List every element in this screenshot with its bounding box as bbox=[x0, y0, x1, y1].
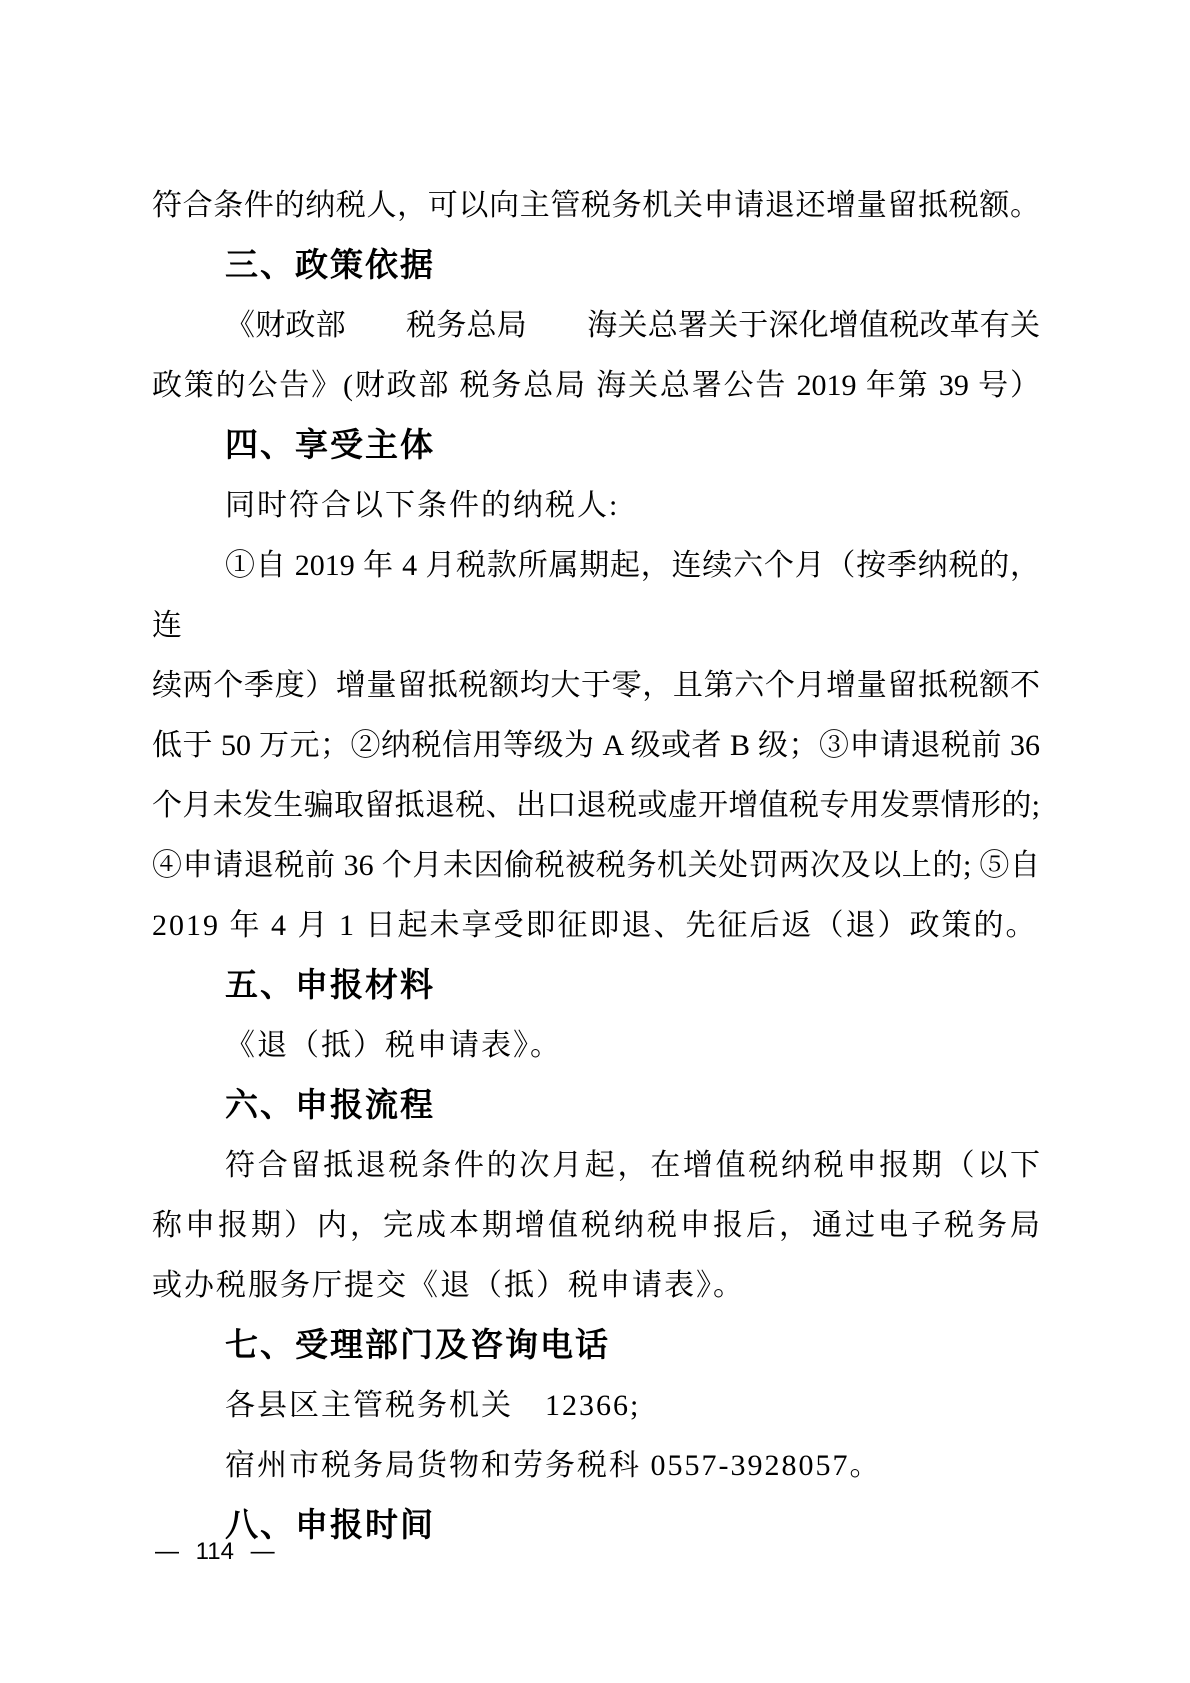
body-line: ①自 2019 年 4 月税款所属期起，连续六个月（按季纳税的，连 bbox=[152, 536, 1040, 656]
section-heading: 七、受理部门及咨询电话 bbox=[152, 1316, 1040, 1376]
body-line: 或办税服务厅提交《退（抵）税申请表》。 bbox=[152, 1256, 1040, 1316]
section-heading: 五、申报材料 bbox=[152, 956, 1040, 1016]
body-line: 符合条件的纳税人，可以向主管税务机关申请退还增量留抵税额。 bbox=[152, 176, 1040, 236]
body-line: 低于 50 万元；②纳税信用等级为 A 级或者 B 级；③申请退税前 36 bbox=[152, 716, 1040, 776]
body-line: 《退（抵）税申请表》。 bbox=[152, 1016, 1040, 1076]
body-line: 称申报期）内，完成本期增值税纳税申报后，通过电子税务局 bbox=[152, 1196, 1040, 1256]
section-heading: 八、申报时间 bbox=[152, 1496, 1040, 1556]
body-line: 续两个季度）增量留抵税额均大于零，且第六个月增量留抵税额不 bbox=[152, 656, 1040, 716]
body-line: 2019 年 4 月 1 日起未享受即征即退、先征后返（退）政策的。 bbox=[152, 896, 1040, 956]
body-line: ④申请退税前 36 个月未因偷税被税务机关处罚两次及以上的; ⑤自 bbox=[152, 836, 1040, 896]
document-page: 符合条件的纳税人，可以向主管税务机关申请退还增量留抵税额。 三、政策依据 《财政… bbox=[0, 0, 1190, 1683]
body-line: 各县区主管税务机关 12366; bbox=[152, 1376, 1040, 1436]
body-line: 宿州市税务局货物和劳务税科 0557-3928057。 bbox=[152, 1436, 1040, 1496]
section-heading: 四、享受主体 bbox=[152, 416, 1040, 476]
body-line: 《财政部 税务总局 海关总署关于深化增值税改革有关 bbox=[152, 296, 1040, 356]
section-heading: 三、政策依据 bbox=[152, 236, 1040, 296]
page-number: — 114 — bbox=[155, 1537, 275, 1567]
body-line: 个月未发生骗取留抵退税、出口退税或虚开增值税专用发票情形的; bbox=[152, 776, 1040, 836]
section-heading: 六、申报流程 bbox=[152, 1076, 1040, 1136]
body-line: 政策的公告》(财政部 税务总局 海关总署公告 2019 年第 39 号） bbox=[152, 356, 1040, 416]
body-line: 同时符合以下条件的纳税人: bbox=[152, 476, 1040, 536]
document-content: 符合条件的纳税人，可以向主管税务机关申请退还增量留抵税额。 三、政策依据 《财政… bbox=[152, 176, 1040, 1556]
body-line: 符合留抵退税条件的次月起，在增值税纳税申报期（以下 bbox=[152, 1136, 1040, 1196]
